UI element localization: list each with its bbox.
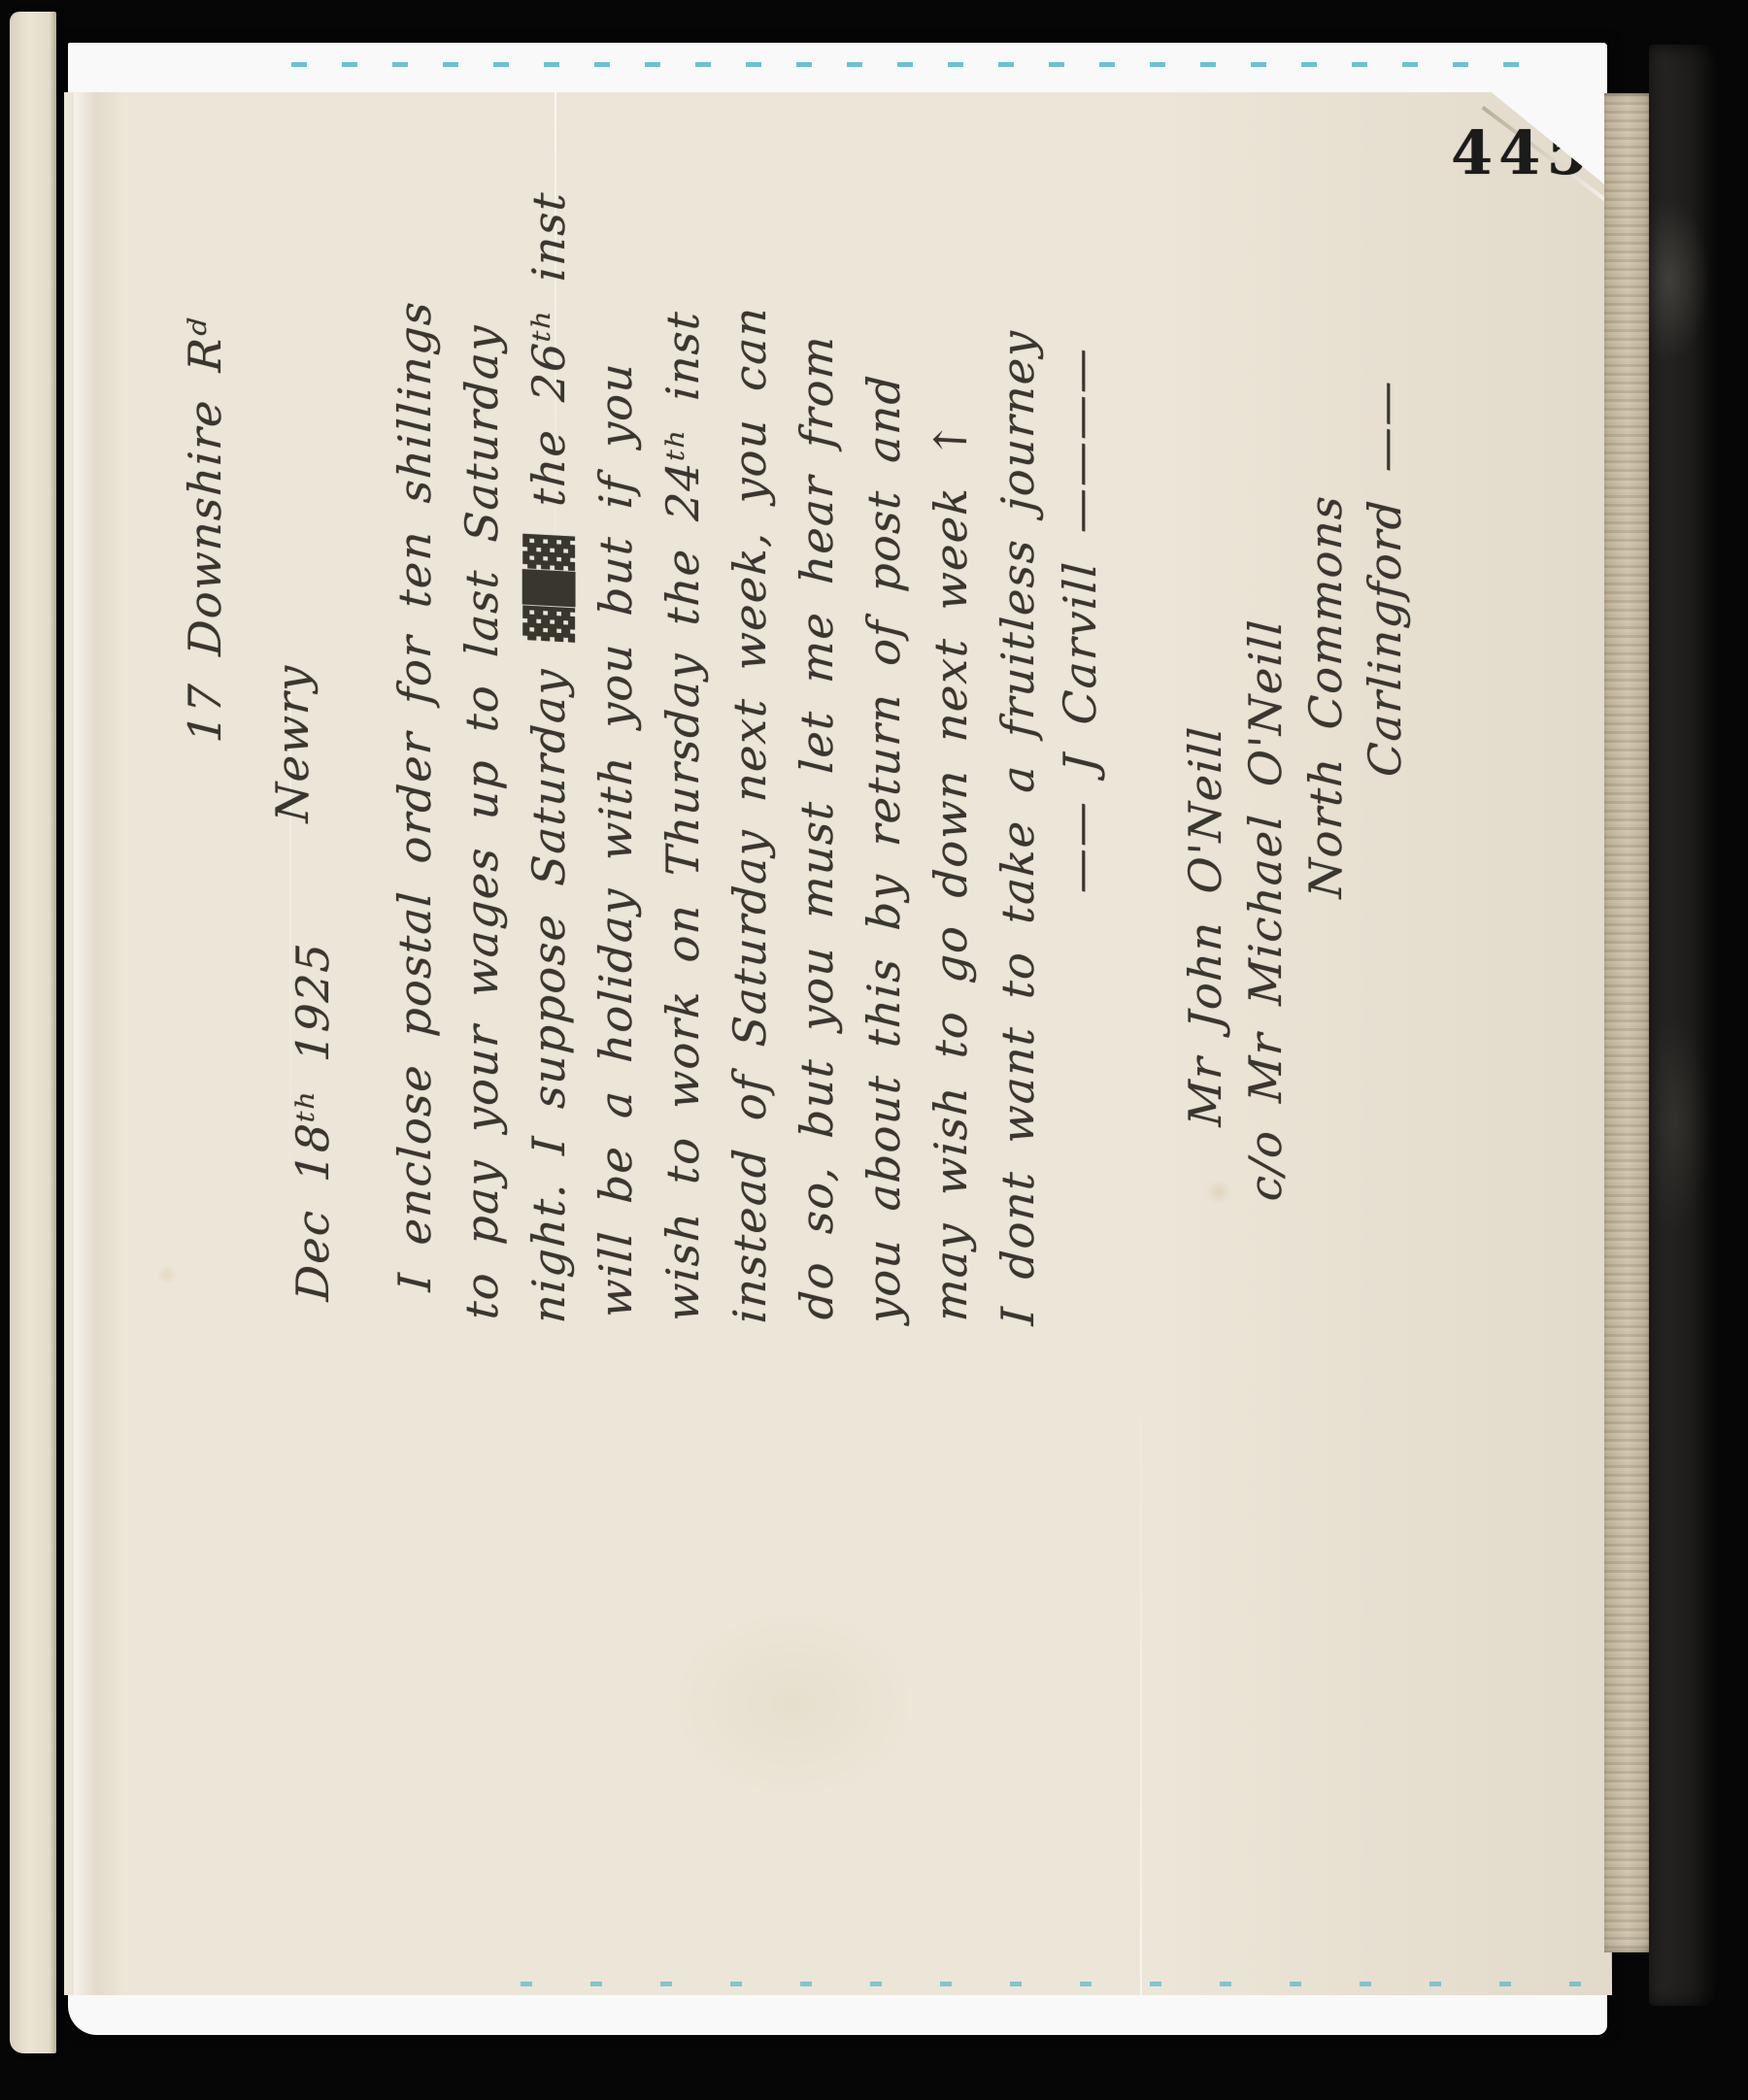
- left-page-edge: [10, 12, 56, 2053]
- letter-body-line: I enclose postal order for ten shillings: [390, 299, 441, 1292]
- letter-body-line: do so, but you must let me hear from: [792, 334, 843, 1321]
- letter-body-line: night. I suppose Saturday ▓█▓ the 26ᵗʰ i…: [524, 190, 575, 1324]
- letter-body-line: wish to work on Thursday the 24ᵗʰ inst: [658, 310, 709, 1323]
- signature: —— J Carvill ————: [1056, 346, 1106, 895]
- handwritten-letter: 17 Downshire Rᵈ Newry Dec 18ᵗʰ 1925 I en…: [179, 92, 1412, 1325]
- page-block-fore-edge: [1604, 93, 1655, 1952]
- book-cover: [1649, 45, 1717, 2006]
- sender-address-line: 17 Downshire Rᵈ: [181, 317, 231, 745]
- letter-body-line: will be a holiday with you but if you: [591, 361, 642, 1318]
- sender-address-line: Newry: [268, 663, 319, 823]
- letter-body-line: you about this by return of post and: [859, 373, 910, 1324]
- letter-body-line: to pay your wages up to last Saturday: [457, 323, 508, 1320]
- stitch-marks-top: [291, 62, 1554, 67]
- addressee-line: c/o Mr Michael O'Neill: [1241, 617, 1292, 1202]
- scanned-letterbook-photo: 445 17 Downshire Rᵈ Newry Dec 18ᵗʰ 1925 …: [0, 0, 1748, 2100]
- addressee-line: Carlingford ——: [1361, 379, 1411, 779]
- letter-date: Dec 18ᵗʰ 1925: [288, 941, 339, 1302]
- addressee-line: Mr John O'Neill: [1181, 724, 1231, 1127]
- letter-body-line: I dont want to take a fruitless journey: [993, 328, 1044, 1326]
- stitch-marks-bottom: [521, 1982, 1589, 1986]
- addressee-line: North Commons: [1301, 493, 1352, 899]
- letter-body-line: may wish to go down next week ↑: [926, 418, 977, 1322]
- tissue-letter-page: 445 17 Downshire Rᵈ Newry Dec 18ᵗʰ 1925 …: [64, 92, 1612, 1995]
- letter-body-line: instead of Saturday next week, you can: [725, 305, 776, 1324]
